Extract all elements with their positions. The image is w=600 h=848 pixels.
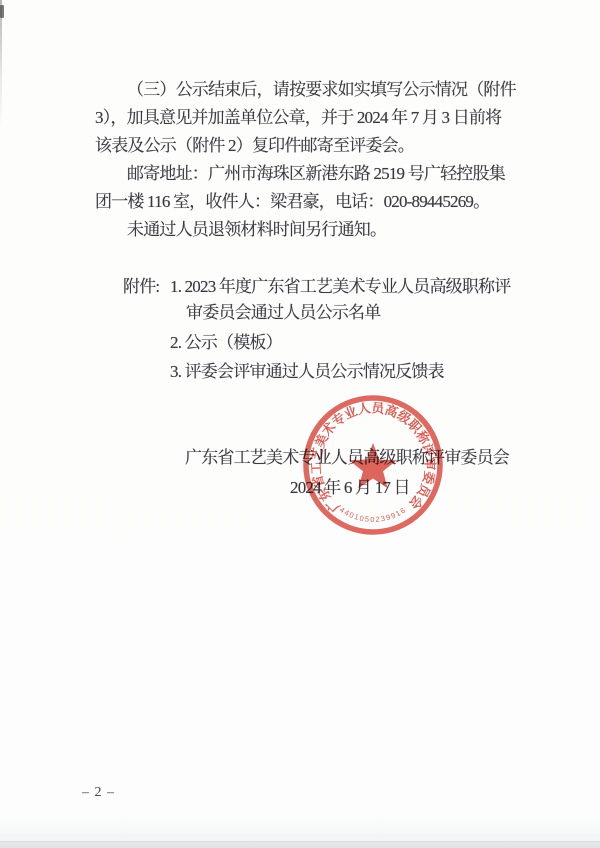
scan-bottom-band: [0, 841, 600, 848]
attachment-item: 3. 评委会评审通过人员公示情况反馈表: [170, 362, 444, 382]
body-line: （三）公示结束后，请按要求如实填写公示情况（附件: [127, 80, 516, 100]
attachment-item: 2. 公示（模板）: [170, 333, 282, 353]
scan-edge-artifact: [0, 0, 2, 128]
attachment-item-wrap: 审委员会通过人员公示名单: [186, 303, 380, 323]
body-line: 3），加具意见并加盖单位公章，并于 2024 年 7 月 3 日前将: [95, 108, 501, 128]
mailing-address-line: 团一楼 116 室，收件人：梁君豪，电话：020-89445269。: [95, 192, 489, 212]
attachments-label: 附件:: [123, 277, 159, 297]
seal-code: 4401050239916: [338, 505, 408, 524]
signature-organization: 广东省工艺美术专业人员高级职称评审委员会: [185, 448, 509, 468]
svg-text:4401050239916: 4401050239916: [338, 505, 408, 524]
mailing-address-line: 邮寄地址：广州市海珠区新港东路 2519 号广轻控股集: [127, 164, 505, 184]
body-line: 未通过人员退领材料时间另行通知。: [127, 220, 386, 240]
document-page: （三）公示结束后，请按要求如实填写公示情况（附件 3），加具意见并加盖单位公章，…: [0, 0, 600, 848]
signature-date: 2024 年 6 月 17 日: [290, 478, 410, 498]
body-line: 该表及公示（附件 2）复印件邮寄至评委会。: [95, 136, 414, 156]
page-number: – 2 –: [82, 785, 115, 801]
attachment-item: 1. 2023 年度广东省工艺美术专业人员高级职称评: [170, 277, 510, 297]
scan-speck: [0, 5, 4, 18]
